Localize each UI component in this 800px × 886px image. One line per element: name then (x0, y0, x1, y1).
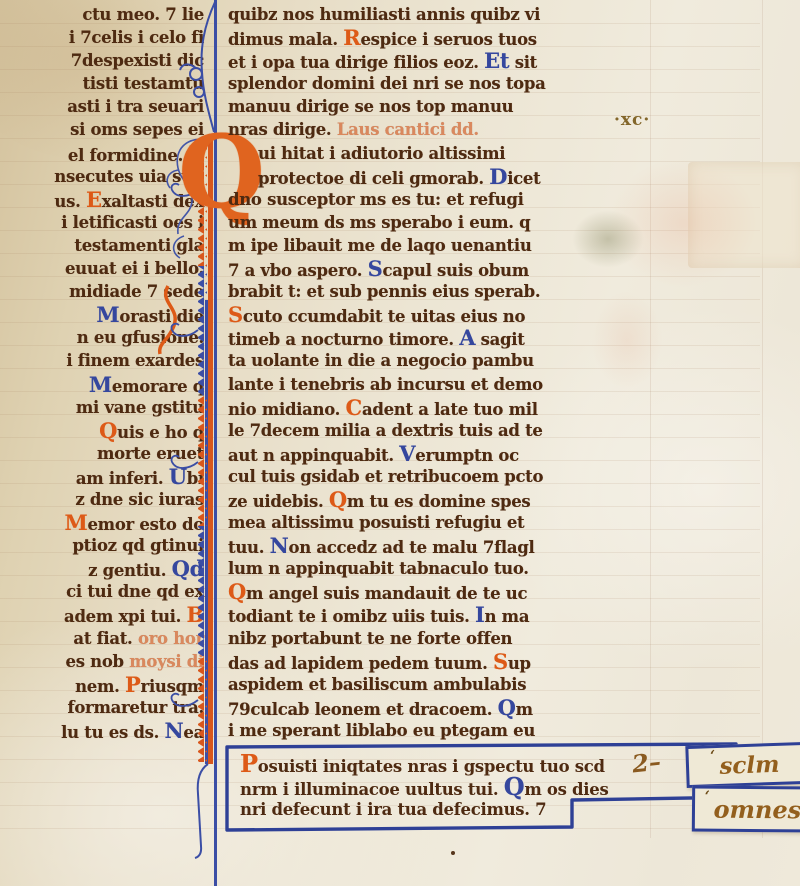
body-text: emorare q (112, 377, 204, 396)
body-text: ze uidebis. (228, 492, 329, 511)
manuscript-line: timeb a nocturno timore. A sagit (228, 326, 652, 349)
body-text: uis e ho q (117, 423, 204, 442)
manuscript-line: i me sperant liblabo eu ptegam eu (228, 719, 652, 742)
margin-tab-seculum: ʻ sclm (685, 742, 800, 788)
body-text: nio midiano. (228, 400, 346, 419)
body-text: adem xpi tui. (64, 607, 187, 626)
vertical-ruling (762, 0, 763, 838)
body-text: lu tu es ds. (61, 723, 164, 742)
manuscript-line: quibz nos humiliasti annis quibz vi (228, 3, 652, 26)
body-text: orasti die (119, 307, 204, 326)
body-text: 79culcab leonem et dracoem. (228, 700, 498, 719)
body-text: m ipe libauit me de laqo uenantiu (228, 236, 532, 255)
body-text: m (516, 700, 533, 719)
manuscript-line: mi vane gstitu (0, 396, 204, 419)
manuscript-line: manuu dirige se nos top manuu (228, 95, 652, 118)
body-text: dno susceptor ms es tu: et refugi (228, 190, 524, 209)
body-text: m tu es domine spes (347, 492, 531, 511)
manuscript-line: ci tui dne qd ex (0, 580, 204, 603)
pen-initial: P (125, 672, 141, 697)
body-text: sagit (475, 330, 524, 349)
pen-initial: Q (329, 487, 347, 512)
manuscript-line: Scuto ccumdabit te uitas eius no (228, 303, 652, 326)
manuscript-line: es nob moysi di (0, 650, 204, 673)
body-text: formaretur tra. (68, 698, 204, 717)
manuscript-line: nrm i illuminacoe uultus tui. Qm os dies (240, 774, 740, 797)
manuscript-line: 7 a vbo aspero. Scapul suis obum (228, 257, 652, 280)
manuscript-line: adem xpi tui. B (0, 603, 204, 626)
rubric-text: moysi di (129, 652, 204, 671)
manuscript-line: nio midiano. Cadent a late tuo mil (228, 396, 652, 419)
pen-initial: S (228, 302, 243, 327)
manuscript-line: testamenti gla (0, 234, 204, 257)
manuscript-line: ta uolante in die a negocio pambu (228, 349, 652, 372)
body-text: ui hitat i adiutorio altissimi (258, 144, 505, 163)
manuscript-line: cul tuis gsidab et retribucoem pcto (228, 465, 652, 488)
manuscript-line: um meum ds ms sperabo i eum. q (228, 211, 652, 234)
body-text: splendor domini dei nri se nos topa (228, 74, 546, 93)
manuscript-line: m ipe libauit me de laqo uenantiu (228, 234, 652, 257)
insertion-mark: 2– (631, 747, 663, 779)
manuscript-line: ze uidebis. Qm tu es domine spes (228, 488, 652, 511)
pen-initial: E (86, 187, 102, 212)
manuscript-line: et i opa tua dirige filios eoz. Et sit (228, 49, 652, 72)
body-text: up (508, 654, 531, 673)
body-text: le 7decem milia a dextris tuis ad te (228, 421, 543, 440)
manuscript-line: todiant te i omibz uiis tuis. In ma (228, 603, 652, 626)
pen-initial: D (489, 164, 507, 189)
body-text: adent a late tuo mil (362, 400, 538, 419)
body-text: das ad lapidem pedem tuum. (228, 654, 493, 673)
body-text: manuu dirige se nos top manuu (228, 97, 513, 116)
body-text: icet (507, 169, 540, 188)
body-text: lum n appinquabit tabnaculo tuo. (228, 559, 529, 578)
body-text: i me sperant liblabo eu ptegam eu (228, 721, 535, 740)
body-text: i finem exardes (66, 351, 204, 370)
body-text: capul suis obum (383, 261, 529, 280)
pen-initial: U (169, 464, 187, 489)
pen-initial: Et (484, 48, 509, 73)
body-text: am inferi. (76, 469, 169, 488)
manuscript-line: asti i tra seuari (0, 95, 204, 118)
manuscript-line: midiade 7 sede (0, 280, 204, 303)
margin-tab-omnes: ʻ omnes (692, 785, 800, 832)
body-text: nri defecunt i ira tua defecimus. 7 (240, 800, 546, 819)
pen-initial: S (368, 256, 383, 281)
body-text: espice i seruos tuos (360, 30, 536, 49)
manuscript-line: Qm angel suis mandauit de te uc (228, 580, 652, 603)
body-text: n ma (485, 607, 530, 626)
body-text: euuat ei i bello. (65, 259, 204, 278)
manuscript-line: us. Exaltasti dex (0, 188, 204, 211)
body-text: ptioz qd gtinui (72, 536, 204, 555)
pen-initial: N (270, 533, 289, 558)
manuscript-line: lu tu es ds. Nea (0, 719, 204, 742)
body-text: mi vane gstitu (76, 398, 204, 417)
rubric-text: oro hor (138, 629, 204, 648)
body-text: us. (54, 192, 86, 211)
manuscript-line: splendor domini dei nri se nos topa (228, 72, 652, 95)
pen-initial: N (165, 718, 184, 743)
manuscript-line: z gentiu. Qd (0, 557, 204, 580)
manuscript-line: am inferi. Ubi (0, 465, 204, 488)
manuscript-line: n eu gfusione. (0, 326, 204, 349)
manuscript-line: aspidem et basiliscum ambulabis (228, 673, 652, 696)
body-text: aspidem et basiliscum ambulabis (228, 675, 526, 694)
body-text: mea altissimu posuisti refugiu et (228, 513, 524, 532)
body-text: z dne sic iuras (75, 490, 204, 509)
body-text: morte eruet (97, 444, 204, 463)
body-text: quibz nos humiliasti annis quibz vi (228, 5, 540, 24)
correction-box-text: Posuisti iniqtates nras i gspectu tuo sc… (240, 751, 740, 820)
manuscript-line: protectoe di celi gmorab. Dicet (228, 165, 652, 188)
manuscript-line: dimus mala. Respice i seruos tuos (228, 26, 652, 49)
body-text: i 7celis i celo fi (69, 28, 204, 47)
body-text: dimus mala. (228, 30, 343, 49)
left-text-column: ctu meo. 7 liei 7celis i celo fi7despexi… (0, 3, 204, 742)
manuscript-line: at fiat. oro hor (0, 627, 204, 650)
manuscript-line: le 7decem milia a dextris tuis ad te (228, 419, 652, 442)
manuscript-line: nibz portabunt te ne forte offen (228, 627, 652, 650)
manuscript-line: nras dirige. Laus cantici dd. (228, 118, 652, 141)
manuscript-line: Quis e ho q (0, 419, 204, 442)
body-text: on accedz ad te malu 7flagl (289, 538, 535, 557)
body-text: 7 a vbo aspero. (228, 261, 368, 280)
body-text: brabit t: et sub pennis eius sperab. (228, 282, 540, 301)
pen-initial: C (346, 395, 362, 420)
pen-initial: V (399, 441, 415, 466)
manuscript-line: ctu meo. 7 lie (0, 3, 204, 26)
manuscript-line: tisti testamtu (0, 72, 204, 95)
manuscript-line: i 7celis i celo fi (0, 26, 204, 49)
manuscript-line: brabit t: et sub pennis eius sperab. (228, 280, 652, 303)
pen-initial: I (475, 602, 485, 627)
show-through-patch (688, 162, 800, 268)
body-text: ctu meo. 7 lie (82, 5, 204, 24)
manuscript-line: Posuisti iniqtates nras i gspectu tuo sc… (240, 751, 740, 774)
manuscript-line: lum n appinquabit tabnaculo tuo. (228, 557, 652, 580)
body-text: ea (183, 723, 204, 742)
body-text: bi (187, 469, 204, 488)
body-text: cuto ccumdabit te uitas eius no (243, 307, 525, 326)
body-text: m angel suis mandauit de te uc (246, 584, 527, 603)
body-text: lante i tenebris ab incursu et demo (228, 375, 543, 394)
manuscript-line: i letificasti oes i (0, 211, 204, 234)
pen-initial: A (459, 325, 475, 350)
body-text: protectoe di celi gmorab. (258, 169, 489, 188)
body-text: nem. (75, 677, 125, 696)
pen-initial: Qd (172, 556, 204, 581)
manuscript-line: ptioz qd gtinui (0, 534, 204, 557)
body-text: ta uolante in die a negocio pambu (228, 351, 534, 370)
manuscript-line: el formidine. P (0, 142, 204, 165)
body-text: nibz portabunt te ne forte offen (228, 629, 512, 648)
manuscript-line: Memorare q (0, 373, 204, 396)
body-text: testamenti gla (74, 236, 204, 255)
tab-label: sclm (719, 750, 780, 779)
body-text: el formidine. (68, 146, 189, 165)
pen-initial: Q (228, 579, 246, 604)
body-text: erumptn oc (415, 446, 519, 465)
pen-initial: R (343, 25, 360, 50)
body-text: tisti testamtu (83, 74, 204, 93)
body-text: n eu gfusione. (77, 328, 204, 347)
body-text: emor esto do (87, 515, 204, 534)
tab-label: omnes (713, 794, 800, 824)
body-text: sit (509, 53, 537, 72)
body-text: todiant te i omibz uiis tuis. (228, 607, 475, 626)
manuscript-line: nsecutes uia sup (0, 165, 204, 188)
manuscript-line: morte eruet (0, 442, 204, 465)
pen-initial: Q (99, 418, 117, 443)
body-text: cul tuis gsidab et retribucoem pcto (228, 467, 543, 486)
body-text: aut n appinquabit. (228, 446, 399, 465)
body-text: tuu. (228, 538, 270, 557)
manuscript-line: formaretur tra. (0, 696, 204, 719)
manuscript-line: Morasti die (0, 303, 204, 326)
manuscript-line: nri defecunt i ira tua defecimus. 7 (240, 797, 740, 820)
insertion-tick: ʻ (705, 789, 710, 805)
manuscript-line: i finem exardes (0, 349, 204, 372)
pen-initial: Q (498, 695, 516, 720)
manuscript-line: tuu. Non accedz ad te malu 7flagl (228, 534, 652, 557)
pen-initial: B (187, 602, 204, 627)
body-text: ci tui dne qd ex (66, 582, 204, 601)
body-text: 7despexisti dic (71, 51, 204, 70)
rubric-text: Laus cantici dd. (337, 120, 479, 139)
manuscript-line: 7despexisti dic (0, 49, 204, 72)
manuscript-line: si oms sepes ei (0, 118, 204, 141)
manuscript-line: das ad lapidem pedem tuum. Sup (228, 650, 652, 673)
pen-initial: S (493, 649, 508, 674)
body-text: es nob (66, 652, 130, 671)
body-text: timeb a nocturno timore. (228, 330, 459, 349)
body-text: midiade 7 sede (69, 282, 204, 301)
manuscript-line: Memor esto do (0, 511, 204, 534)
body-text: riusqm (141, 677, 204, 696)
body-text: um meum ds ms sperabo i eum. q (228, 213, 530, 232)
manuscript-page: ctu meo. 7 liei 7celis i celo fi7despexi… (0, 0, 800, 886)
manuscript-line: euuat ei i bello. (0, 257, 204, 280)
body-text: nras dirige. (228, 120, 337, 139)
insertion-tick: ʻ (710, 748, 715, 764)
pen-initial: M (89, 372, 112, 397)
body-text: z gentiu. (88, 561, 172, 580)
pen-initial: M (65, 510, 88, 535)
manuscript-line: mea altissimu posuisti refugiu et (228, 511, 652, 534)
manuscript-line: z dne sic iuras (0, 488, 204, 511)
manuscript-line: 79culcab leonem et dracoem. Qm (228, 696, 652, 719)
manuscript-line: nem. Priusqm (0, 673, 204, 696)
body-text: at fiat. (73, 629, 138, 648)
manuscript-line: lante i tenebris ab incursu et demo (228, 373, 652, 396)
body-text: et i opa tua dirige filios eoz. (228, 53, 484, 72)
pen-initial: M (96, 302, 119, 327)
manuscript-line: ui hitat i adiutorio altissimi (228, 142, 652, 165)
manuscript-line: dno susceptor ms es tu: et refugi (228, 188, 652, 211)
ink-dot (451, 851, 455, 855)
manuscript-line: aut n appinquabit. Verumptn oc (228, 442, 652, 465)
right-text-column: quibz nos humiliasti annis quibz vidimus… (228, 3, 652, 742)
